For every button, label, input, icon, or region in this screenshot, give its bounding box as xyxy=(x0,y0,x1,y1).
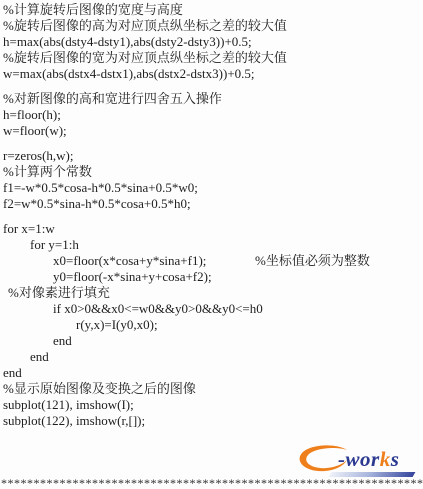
inline-comment: %坐标值必须为整数 xyxy=(255,253,370,269)
code-text: f2=w*0.5*sina-h*0.5*cosa+0.5*h0; xyxy=(0,196,191,211)
eworks-logo: -works xyxy=(296,441,420,477)
code-line: %旋转后图像的宽为对应顶点纵坐标之差的较大值 xyxy=(0,50,423,66)
code-text: subplot(122), imshow(r,[]); xyxy=(0,413,145,428)
code-text: x0=floor(x*cosa+y*sina+f1); xyxy=(0,253,206,268)
code-line: %对像素进行填充 xyxy=(0,285,423,301)
code-line: %对新图像的高和宽进行四舍五入操作 xyxy=(0,91,423,107)
code-line: end xyxy=(0,365,423,381)
code-line: w=floor(w); xyxy=(0,123,423,139)
code-text: %计算两个常数 xyxy=(0,164,92,179)
code-line: w=max(abs(dstx4-dstx1),abs(dstx2-dstx3))… xyxy=(0,66,423,82)
code-text: h=max(abs(dsty4-dsty1),abs(dsty2-dsty3))… xyxy=(0,34,252,49)
code-text: h=floor(h); xyxy=(0,107,61,122)
code-text: end xyxy=(0,333,72,348)
code-line xyxy=(0,82,423,91)
code-line xyxy=(0,139,423,148)
code-text: %对新图像的高和宽进行四舍五入操作 xyxy=(0,91,222,106)
code-text: r(y,x)=I(y0,x0); xyxy=(0,317,158,332)
code-text: for y=1:h xyxy=(0,237,79,252)
code-line: r(y,x)=I(y0,x0); xyxy=(0,317,423,333)
code-text: if x0>0&&x0<=w0&&y0>0&&y0<=h0 xyxy=(0,301,263,316)
code-line: end xyxy=(0,349,423,365)
code-line: y0=floor(-x*sina+y+cosa+f2); xyxy=(0,269,423,285)
logo-text-wor: -wor xyxy=(338,447,380,471)
logo-text-s: s xyxy=(391,447,400,471)
code-line: %计算旋转后图像的宽度与高度 xyxy=(0,2,423,18)
code-text: %旋转后图像的宽为对应顶点纵坐标之差的较大值 xyxy=(0,50,287,65)
code-line: subplot(121), imshow(I); xyxy=(0,397,423,413)
code-line xyxy=(0,212,423,221)
eworks-logo-text: -works xyxy=(338,449,399,470)
logo-text-k: k xyxy=(380,447,391,471)
code-line: f2=w*0.5*sina-h*0.5*cosa+0.5*h0; xyxy=(0,196,423,212)
code-line: if x0>0&&x0<=w0&&y0>0&&y0<=h0 xyxy=(0,301,423,317)
code-text: w=floor(w); xyxy=(0,123,67,138)
code-line: h=max(abs(dsty4-dsty1),abs(dsty2-dsty3))… xyxy=(0,34,423,50)
code-line: end xyxy=(0,333,423,349)
code-listing: %计算旋转后图像的宽度与高度%旋转后图像的高为对应顶点纵坐标之差的较大值h=ma… xyxy=(0,2,423,429)
code-line: %显示原始图像及变换之后的图像 xyxy=(0,381,423,397)
code-text: for x=1:w xyxy=(0,221,55,236)
asterisk-divider: ****************************************… xyxy=(1,478,423,488)
logo-underline xyxy=(329,472,416,477)
code-line: subplot(122), imshow(r,[]); xyxy=(0,413,423,429)
code-text: y0=floor(-x*sina+y+cosa+f2); xyxy=(0,269,212,284)
code-text: w=max(abs(dstx4-dstx1),abs(dstx2-dstx3))… xyxy=(0,66,255,81)
code-text: subplot(121), imshow(I); xyxy=(0,397,134,412)
code-text: %计算旋转后图像的宽度与高度 xyxy=(0,2,183,17)
code-text: end xyxy=(0,349,49,364)
code-line: f1=-w*0.5*cosa-h*0.5*sina+0.5*w0; xyxy=(0,180,423,196)
code-text: end xyxy=(0,365,22,380)
code-text: %旋转后图像的高为对应顶点纵坐标之差的较大值 xyxy=(0,18,287,33)
code-line: h=floor(h); xyxy=(0,107,423,123)
code-line: r=zeros(h,w); xyxy=(0,148,423,164)
code-line: %旋转后图像的高为对应顶点纵坐标之差的较大值 xyxy=(0,18,423,34)
code-text: %显示原始图像及变换之后的图像 xyxy=(0,381,196,396)
code-text: f1=-w*0.5*cosa-h*0.5*sina+0.5*w0; xyxy=(0,180,198,195)
code-line: %计算两个常数 xyxy=(0,164,423,180)
code-text: r=zeros(h,w); xyxy=(0,148,74,163)
code-line: for y=1:h xyxy=(0,237,423,253)
code-line: for x=1:w xyxy=(0,221,423,237)
code-text: %对像素进行填充 xyxy=(0,285,110,300)
code-line: x0=floor(x*cosa+y*sina+f1);%坐标值必须为整数 xyxy=(0,253,423,269)
